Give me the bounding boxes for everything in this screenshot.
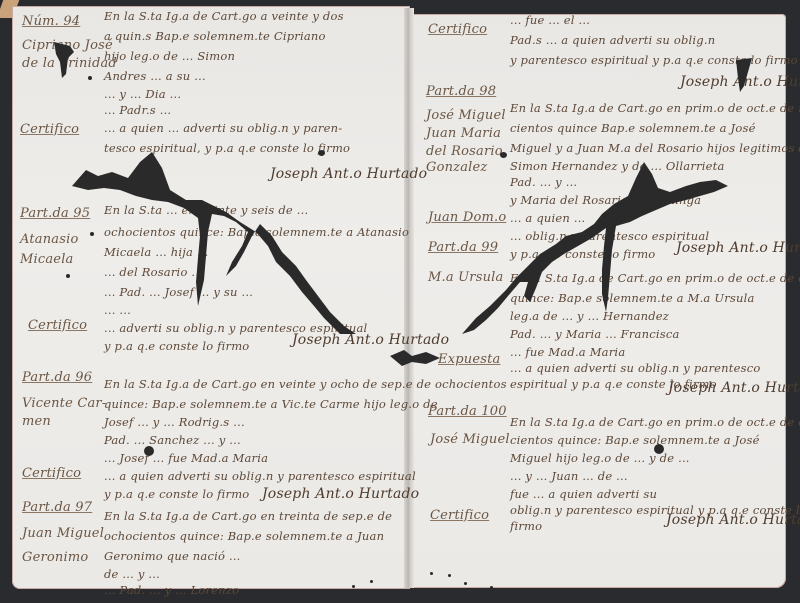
pinhole xyxy=(88,76,92,80)
pinhole xyxy=(370,580,373,583)
pinhole xyxy=(66,274,70,278)
pinhole xyxy=(500,152,507,158)
pinhole xyxy=(448,574,451,577)
pinhole xyxy=(464,582,467,585)
page-damage xyxy=(0,0,800,603)
pinhole xyxy=(144,446,154,456)
pinhole xyxy=(654,444,664,454)
pinhole xyxy=(490,586,493,589)
pinhole xyxy=(318,150,325,156)
manuscript-scan: Núm. 94 Cipriano José de la Trinidad Cer… xyxy=(0,0,800,603)
pinhole xyxy=(352,585,355,588)
pinhole xyxy=(90,232,94,236)
pinhole xyxy=(430,572,433,575)
